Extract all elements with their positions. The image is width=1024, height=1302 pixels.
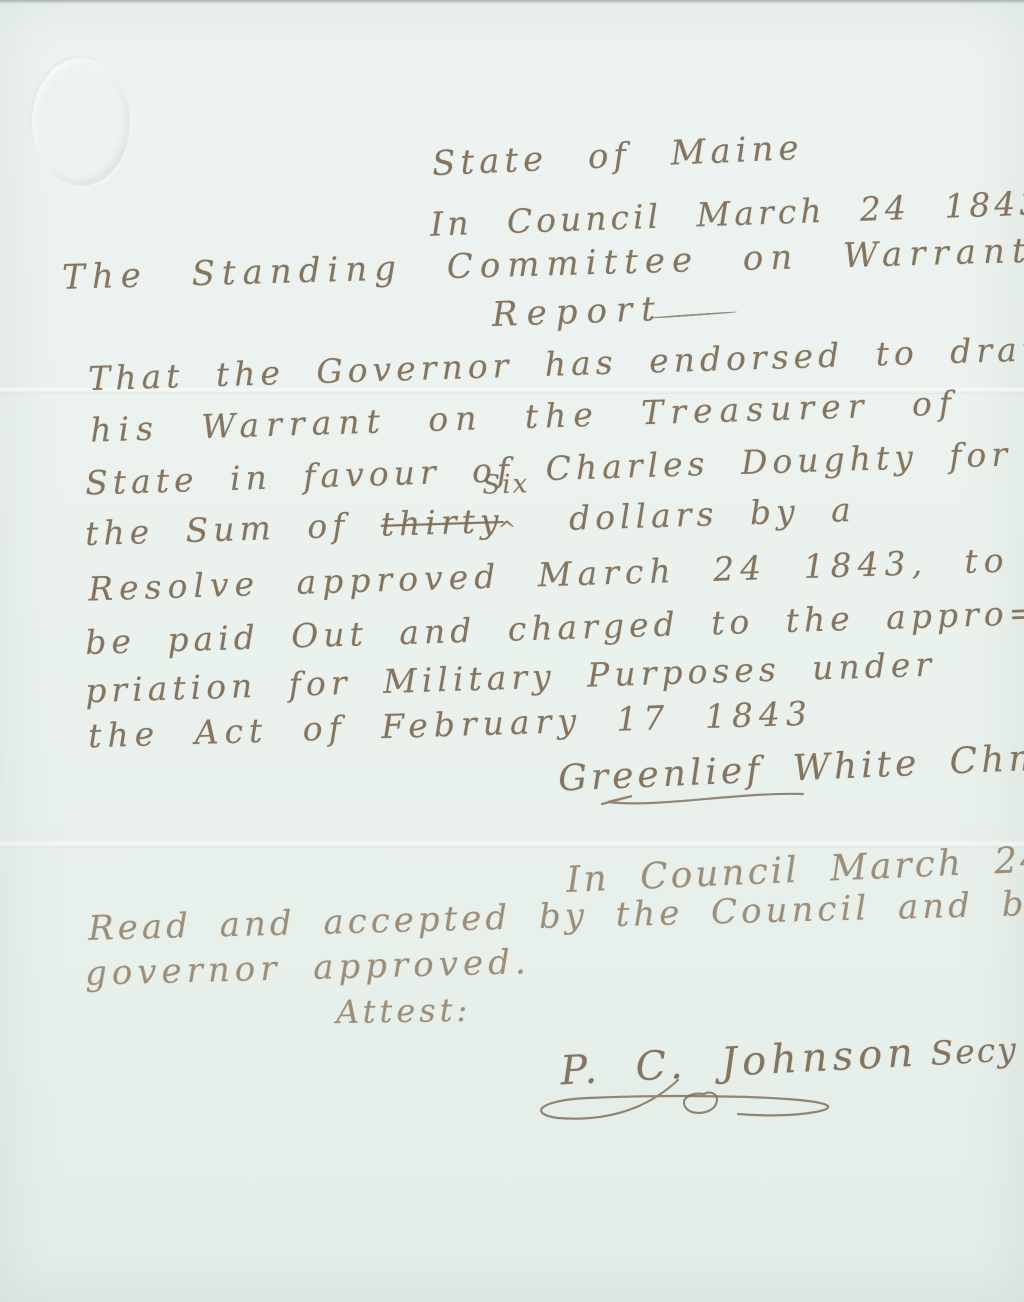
body-line-4-pre: the Sum of xyxy=(85,506,350,553)
signature-underline-flourish xyxy=(598,788,808,812)
caret-insertion-mark: ^ xyxy=(497,517,521,543)
struck-word: thirty xyxy=(380,501,504,544)
council-action-line-2: Read and accepted by the Council and by … xyxy=(88,881,1024,949)
insertion-point: Six^ xyxy=(504,521,538,532)
report-title: Report xyxy=(491,289,664,335)
embossed-seal-icon xyxy=(32,58,130,186)
secretary-signature-flourish xyxy=(528,1078,838,1126)
secretary-title: Secy of State xyxy=(930,1021,1024,1073)
council-action-line-3: governor approved. xyxy=(85,942,532,994)
body-line-4: the Sum of thirtySix^ dollars by a xyxy=(85,490,857,553)
document-page: State of Maine In Council March 24 1843 … xyxy=(0,0,1024,1302)
heading-state: State of Maine xyxy=(431,128,804,184)
inserted-word: Six xyxy=(482,469,530,500)
body-line-4-post: dollars by a xyxy=(568,490,856,538)
attest-label: Attest: xyxy=(336,991,472,1031)
scan-top-edge xyxy=(0,0,1024,4)
heading-committee: The Standing Committee on Warrants xyxy=(62,230,1024,298)
